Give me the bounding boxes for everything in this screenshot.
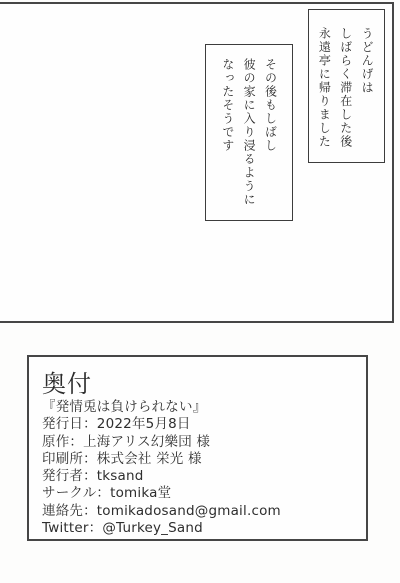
narration-text-afterwards: その後もしばし 彼の家に入り浸るように なったそうです [212,45,285,220]
narration-box-udonge: うどんげは しばらく滞在した後 永遠亭に帰りました [308,9,385,163]
scanned-page: うどんげは しばらく滞在した後 永遠亭に帰りました その後もしばし 彼の家に入り… [0,0,400,583]
colophon-circle: サークル：tomika堂 [42,485,356,502]
colophon-original-work: 原作：上海アリス幻樂団 様 [42,434,356,451]
narration-box-afterwards: その後もしばし 彼の家に入り浸るように なったそうです [205,44,293,221]
colophon-contact-email: 連絡先：tomikadosand@gmail.com [42,503,356,520]
colophon-box: 奥付 『発情兎は負けられない』 発行日：2022年5月8日 原作：上海アリス幻樂… [27,355,368,541]
colophon-issue-date: 発行日：2022年5月8日 [42,416,356,433]
colophon-twitter-handle: Twitter：@Turkey_Sand [42,520,356,537]
colophon-title-line: 『発情兎は負けられない』 [42,399,356,416]
colophon-printer: 印刷所：株式会社 栄光 様 [42,451,356,468]
narration-text-udonge: うどんげは しばらく滞在した後 永遠亭に帰りました [309,10,385,162]
colophon-publisher: 発行者：tksand [42,468,356,485]
colophon-heading: 奥付 [42,369,356,399]
